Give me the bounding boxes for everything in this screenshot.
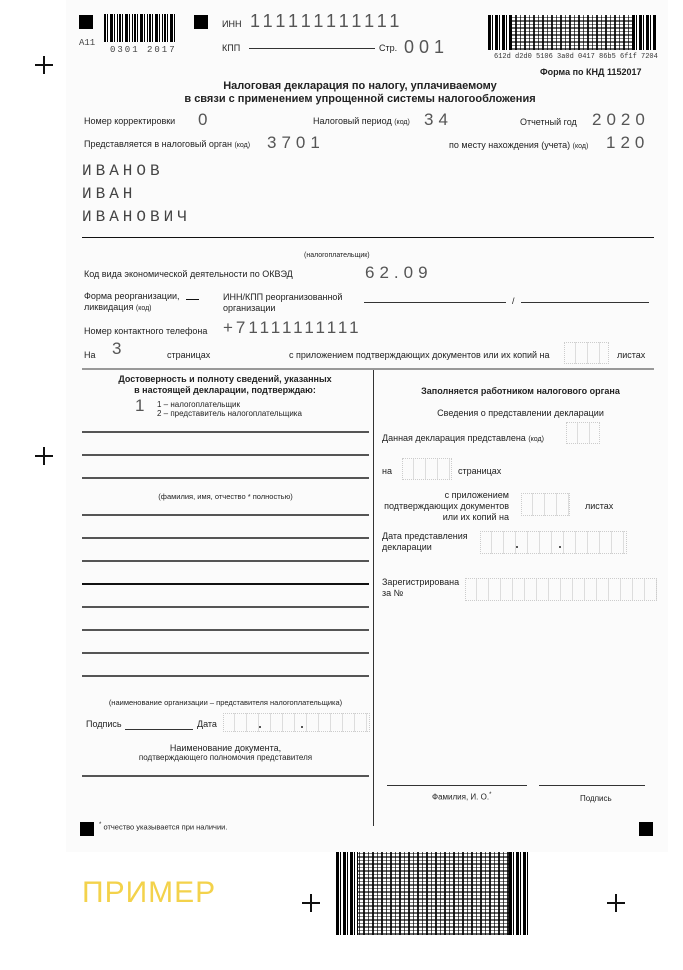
location-value[interactable]: 120 bbox=[606, 133, 649, 153]
staff-subheading: Сведения о представлении декларации bbox=[378, 408, 663, 418]
attachments-label: с приложением подтверждающих документов … bbox=[289, 350, 550, 360]
sheets-label: листах bbox=[617, 350, 645, 360]
barcode-hex: 612d d2d0 5106 3a0d 0417 86b5 6f1f 7204 bbox=[494, 53, 658, 61]
page-label: Стр. bbox=[379, 43, 397, 53]
reorg-kpp-line[interactable] bbox=[521, 302, 649, 303]
tax-period-code: (код) bbox=[394, 119, 410, 126]
staff-pages-cells[interactable] bbox=[402, 458, 452, 480]
bottom-pdf417-barcode-icon bbox=[336, 852, 529, 935]
submission-date-cells[interactable] bbox=[480, 531, 627, 554]
confirm-heading-line-2: в настоящей декларации, подтверждаю: bbox=[95, 385, 355, 396]
registered-line-1: Зарегистрирована bbox=[382, 577, 459, 588]
org-line-2[interactable] bbox=[82, 537, 369, 539]
tax-period-label: Налоговый период (код) bbox=[313, 116, 410, 126]
report-year-label: Отчетный год bbox=[520, 117, 577, 127]
signature-label: Подпись bbox=[86, 719, 122, 729]
registration-number-cells[interactable] bbox=[465, 578, 657, 601]
date-cells[interactable] bbox=[223, 713, 370, 732]
reorg-inn-line[interactable] bbox=[364, 302, 506, 303]
inn-label: ИНН bbox=[222, 19, 241, 29]
barcode-number: 0301 2017 bbox=[110, 45, 177, 55]
confirm-heading-line-1: Достоверность и полноту сведений, указан… bbox=[95, 374, 355, 385]
staff-sheets-cells[interactable] bbox=[521, 493, 570, 516]
confirm-option-1: 1 – налогоплательщик bbox=[157, 400, 302, 409]
section-divider bbox=[82, 368, 654, 370]
submission-date-label: Дата представления декларации bbox=[382, 531, 468, 553]
kpp-label: КПП bbox=[222, 43, 240, 53]
pages-on-label: На bbox=[84, 350, 96, 360]
staff-signature-caption: Подпись bbox=[580, 794, 612, 803]
date-dot bbox=[559, 546, 561, 548]
footnote-text: отчество указывается при наличии. bbox=[103, 823, 227, 832]
pages-label: страницах bbox=[167, 350, 210, 360]
tax-period-label-text: Налоговый период bbox=[313, 116, 392, 126]
org-line-1[interactable] bbox=[82, 514, 369, 516]
phone-value[interactable]: +71111111111 bbox=[223, 318, 362, 338]
authority-doc-title: Наименование документа, подтверждающего … bbox=[82, 743, 369, 763]
registration-cross-icon bbox=[35, 447, 53, 465]
page-value: 001 bbox=[404, 37, 449, 58]
corner-marker-icon bbox=[194, 15, 208, 29]
authority-doc-title-line-1: Наименование документа, bbox=[82, 743, 369, 753]
corner-marker-icon bbox=[79, 15, 93, 29]
attachments-sheets-cells[interactable] bbox=[564, 342, 609, 364]
declaration-title: Налоговая декларация по налогу, уплачива… bbox=[130, 80, 590, 106]
inn-value[interactable]: 111111111111 bbox=[250, 11, 403, 32]
date-dot bbox=[516, 546, 518, 548]
correction-label: Номер корректировки bbox=[84, 116, 175, 126]
tax-period-value[interactable]: 34 bbox=[424, 110, 453, 130]
staff-fio-caption: Фамилия, И. О.* bbox=[432, 792, 491, 802]
registration-cross-icon bbox=[35, 56, 53, 74]
org-line-3[interactable] bbox=[82, 560, 369, 562]
reorg-label-line-2-text: ликвидация bbox=[84, 302, 133, 312]
taxpayer-name: ИВАН bbox=[82, 183, 191, 206]
location-label-text: по месту нахождения (учета) bbox=[449, 140, 570, 150]
authority-doc-line[interactable] bbox=[82, 775, 369, 777]
okved-value[interactable]: 62.09 bbox=[365, 263, 433, 283]
fio-line-3[interactable] bbox=[82, 477, 369, 479]
correction-value[interactable]: 0 bbox=[198, 110, 212, 130]
title-line-2: в связи с применением упрощенной системы… bbox=[130, 93, 590, 106]
staff-attach-line-3: или их копий на bbox=[382, 512, 509, 523]
staff-attach-label: с приложением подтверждающих документов … bbox=[382, 490, 509, 523]
staff-attach-line-1: с приложением bbox=[382, 490, 509, 501]
taxpayer-caption: (налогоплательщик) bbox=[304, 252, 370, 259]
date-dot bbox=[259, 726, 261, 728]
tax-authority-code: (код) bbox=[234, 142, 250, 149]
staff-signature-line[interactable] bbox=[539, 785, 645, 786]
registration-cross-icon bbox=[607, 894, 625, 912]
org-line-8[interactable] bbox=[82, 675, 369, 677]
staff-fio-line[interactable] bbox=[387, 785, 527, 786]
tax-authority-label-text: Представляется в налоговый орган bbox=[84, 139, 232, 149]
reorg-code: (код) bbox=[136, 305, 152, 312]
staff-pages-label: страницах bbox=[458, 466, 501, 476]
tax-authority-value[interactable]: 3701 bbox=[267, 133, 325, 153]
submission-date-line-1: Дата представления bbox=[382, 531, 468, 542]
confirm-value[interactable]: 1 bbox=[135, 396, 149, 416]
confirm-options: 1 – налогоплательщик 2 – представитель н… bbox=[157, 400, 302, 418]
column-divider bbox=[373, 370, 374, 826]
footnote-asterisk: * bbox=[99, 822, 101, 828]
sample-watermark: ПРИМЕР bbox=[82, 876, 216, 910]
date-dot bbox=[301, 726, 303, 728]
staff-attach-line-2: подтверждающих документов bbox=[382, 501, 509, 512]
confirm-option-2: 2 – представитель налогоплательщика bbox=[157, 409, 302, 418]
corner-marker-icon bbox=[639, 822, 653, 836]
staff-fio-asterisk: * bbox=[489, 792, 491, 798]
staff-sheets-label: листах bbox=[585, 501, 613, 511]
pdf417-barcode-icon bbox=[488, 15, 656, 50]
org-line-4[interactable] bbox=[82, 583, 369, 585]
location-label: по месту нахождения (учета) (код) bbox=[449, 140, 588, 150]
title-line-1: Налоговая декларация по налогу, уплачива… bbox=[130, 80, 590, 93]
submitted-code: (код) bbox=[528, 436, 544, 443]
submission-date-line-2: декларации bbox=[382, 542, 468, 553]
phone-label: Номер контактного телефона bbox=[84, 326, 207, 336]
fio-line-2[interactable] bbox=[82, 454, 369, 456]
reorg-label-line-1: Форма реорганизации, bbox=[84, 291, 180, 302]
org-line-7[interactable] bbox=[82, 652, 369, 654]
linear-barcode-icon bbox=[104, 14, 176, 42]
footnote: * отчество указывается при наличии. bbox=[99, 822, 227, 832]
org-caption: (наименование организации – представител… bbox=[82, 698, 369, 707]
okved-label: Код вида экономической деятельности по О… bbox=[84, 269, 293, 279]
reorg-separator: / bbox=[512, 296, 515, 306]
authority-doc-title-line-2: подтверждающего полномочия представителя bbox=[82, 753, 369, 763]
tax-authority-label: Представляется в налоговый орган (код) bbox=[84, 139, 250, 149]
registered-line-2: за № bbox=[382, 588, 459, 599]
fio-line-1[interactable] bbox=[82, 431, 369, 433]
reorg-label-line-2: ликвидация (код) bbox=[84, 302, 180, 314]
confirm-heading: Достоверность и полноту сведений, указан… bbox=[95, 374, 355, 396]
registered-label: Зарегистрирована за № bbox=[382, 577, 459, 599]
reorg-inn-kpp-line-1: ИНН/КПП реорганизованной bbox=[223, 292, 342, 303]
submitted-code-cells[interactable] bbox=[566, 422, 600, 444]
form-code: A11 bbox=[79, 38, 95, 48]
submitted-label-text: Данная декларация представлена bbox=[382, 433, 526, 443]
fio-caption: (фамилия, имя, отчество * полностью) bbox=[82, 492, 369, 501]
staff-on-label: на bbox=[382, 466, 392, 476]
staff-fio-caption-text: Фамилия, И. О. bbox=[432, 793, 489, 802]
signature-line[interactable] bbox=[125, 729, 193, 730]
location-code: (код) bbox=[573, 143, 589, 150]
date-label: Дата bbox=[197, 719, 217, 729]
reorg-label: Форма реорганизации, ликвидация (код) bbox=[84, 291, 180, 314]
reorg-inn-kpp-line-2: организации bbox=[223, 303, 342, 314]
taxpayer-patronymic: ИВАНОВИЧ bbox=[82, 206, 191, 229]
org-line-6[interactable] bbox=[82, 629, 369, 631]
reorg-value-dash[interactable] bbox=[186, 299, 199, 300]
staff-heading: Заполняется работником налогового органа bbox=[378, 385, 663, 398]
registration-cross-icon bbox=[302, 894, 320, 912]
reorg-inn-kpp-label: ИНН/КПП реорганизованной организации bbox=[223, 292, 342, 314]
taxpayer-name-block[interactable]: ИВАНОВ ИВАН ИВАНОВИЧ bbox=[82, 160, 191, 229]
corner-marker-icon bbox=[80, 822, 94, 836]
kpp-line bbox=[249, 48, 375, 49]
org-line-5[interactable] bbox=[82, 606, 369, 608]
submitted-label: Данная декларация представлена (код) bbox=[382, 433, 544, 443]
knd-form: Форма по КНД 1152017 bbox=[540, 67, 641, 77]
pages-value[interactable]: 3 bbox=[112, 339, 126, 359]
taxpayer-surname: ИВАНОВ bbox=[82, 160, 191, 183]
taxpayer-line bbox=[82, 237, 654, 238]
report-year-value[interactable]: 2020 bbox=[592, 110, 650, 130]
